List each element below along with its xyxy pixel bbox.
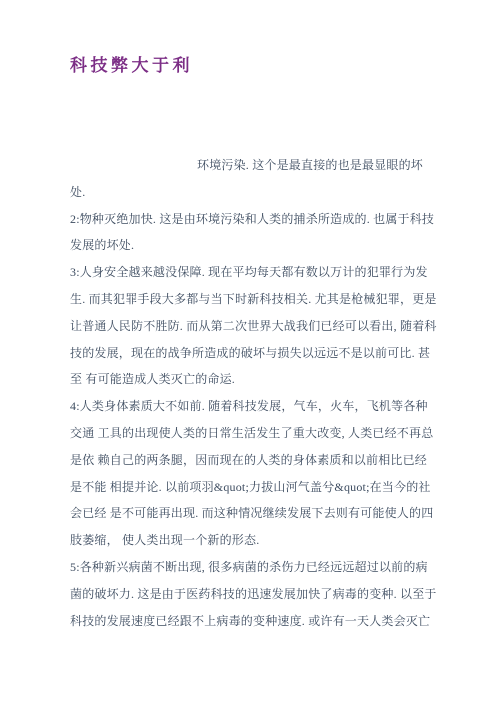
text-line: 会已经 是不可能再出现. 而这种情况继续发展下去则有可能使人的四	[70, 500, 445, 527]
text-line: 生. 而其犯罪手段大多都与当下时新科技相关. 尤其是枪械犯罪，更是	[70, 286, 445, 313]
text-line: 2:物种灭绝加快. 这是由环境污染和人类的捕杀所造成的. 也属于科技	[70, 206, 445, 233]
text-line: 科技的发展速度已经跟不上病毒的变种速度. 或许有一天人类会灭亡	[70, 608, 445, 635]
text-line: 交通 工具的出现使人类的日常生活发生了重大改变, 人类已经不再总	[70, 420, 445, 447]
text-line: 环境污染. 这个是最直接的也是最显眼的坏	[70, 152, 445, 179]
text-line: 发展的坏处.	[70, 232, 445, 259]
document-body: 环境污染. 这个是最直接的也是最显眼的坏 处. 2:物种灭绝加快. 这是由环境污…	[70, 152, 445, 634]
page-title: 科技弊大于利	[70, 51, 193, 76]
text-line: 是不能 相提并论. 以前项羽&quot;力拔山河气盖兮&quot;在当今的社	[70, 474, 445, 501]
text-line: 技的发展，现在的战争所造成的破坏与损失以远远不是以前可比. 甚	[70, 340, 445, 367]
text-line: 让普通人民防不胜防. 而从第二次世界大战我们已经可以看出, 随着科	[70, 313, 445, 340]
text-line: 菌的破坏力. 这是由于医药科技的迅速发展加快了病毒的变种. 以至于	[70, 581, 445, 608]
text-line: 3:人身安全越来越没保障. 现在平均每天都有数以万计的犯罪行为发	[70, 259, 445, 286]
text-line: 处.	[70, 179, 445, 206]
text-line: 至 有可能造成人类灭亡的命运.	[70, 366, 445, 393]
text-line: 4:人类身体素质大不如前. 随着科技发展，气车，火车，飞机等各种	[70, 393, 445, 420]
document-page: 科技弊大于利 环境污染. 这个是最直接的也是最显眼的坏 处. 2:物种灭绝加快.…	[0, 0, 500, 707]
text-line: 5:各种新兴病菌不断出现, 很多病菌的杀伤力已经远远超过以前的病	[70, 554, 445, 581]
text-line: 是依 赖自己的两条腿，因而现在的人类的身体素质和以前相比已经	[70, 447, 445, 474]
text-line: 肢萎缩， 使人类出现一个新的形态.	[70, 527, 445, 554]
